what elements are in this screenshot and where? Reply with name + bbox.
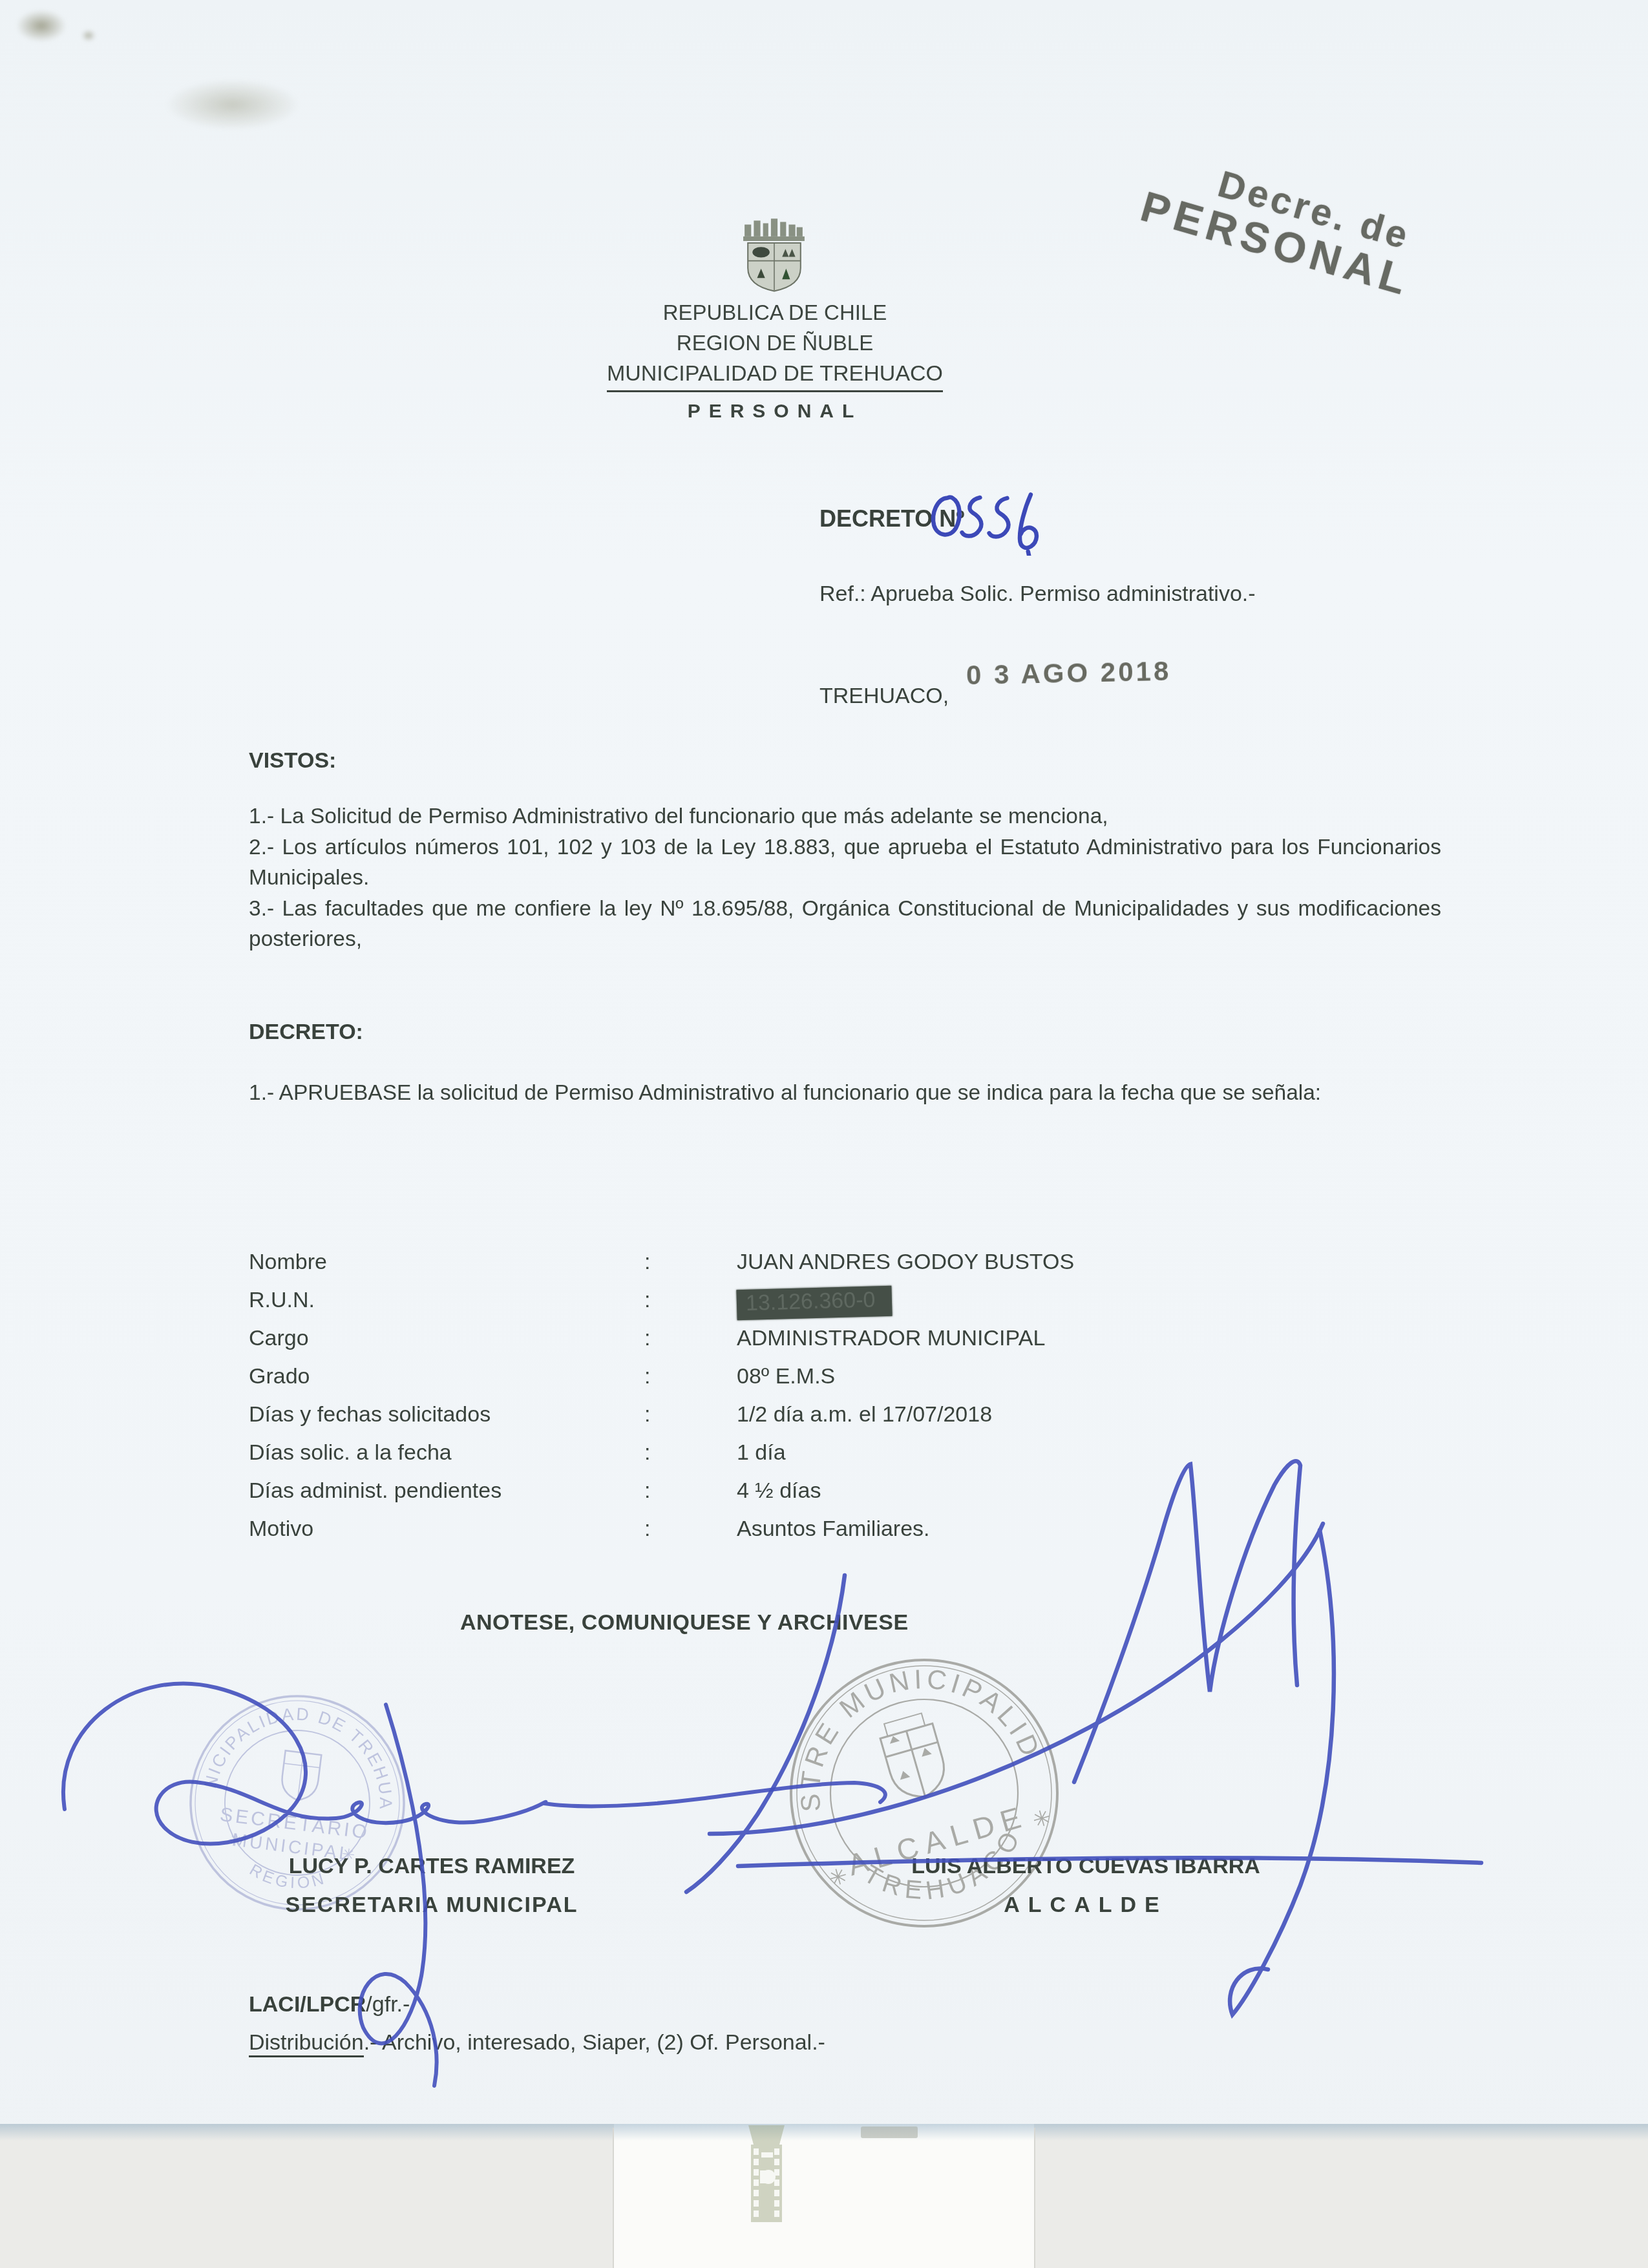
vistos-item-2: 2.- Los artículos números 101, 102 y 103… bbox=[249, 832, 1441, 894]
handwritten-decree-number bbox=[923, 485, 1046, 556]
redacted-run: 13.126.360-0 bbox=[745, 1287, 875, 1316]
personnel-decree-stamp: Decre. de PERSONAL bbox=[1136, 143, 1558, 342]
letterhead-region: REGION DE ÑUBLE bbox=[484, 328, 1066, 358]
paper-edge-line bbox=[1034, 2128, 1035, 2268]
detail-colon: : bbox=[644, 1250, 737, 1275]
detail-colon: : bbox=[644, 1364, 737, 1389]
scanner-center-band bbox=[614, 2124, 1034, 2268]
scanned-decree-document: REPUBLICA DE CHILE REGION DE ÑUBLE MUNIC… bbox=[0, 0, 1648, 2268]
filmstrip-icon bbox=[737, 2125, 796, 2225]
decree-reference: Ref.: Aprueba Solic. Permiso administrat… bbox=[819, 582, 1256, 607]
scan-smudge bbox=[16, 10, 67, 42]
detail-value: JUAN ANDRES GODOY BUSTOS bbox=[737, 1250, 1218, 1275]
bleed-through-tab bbox=[861, 2126, 918, 2138]
vistos-heading: VISTOS: bbox=[249, 748, 336, 773]
municipal-coat-of-arms bbox=[741, 218, 807, 295]
scanner-background bbox=[0, 2124, 1648, 2268]
table-row: Cargo : ADMINISTRADOR MUNICIPAL bbox=[249, 1326, 1218, 1364]
detail-label: Cargo bbox=[249, 1326, 644, 1351]
letterhead-department: PERSONAL bbox=[484, 396, 1066, 426]
letterhead-municipality: MUNICIPALIDAD DE TREHUACO bbox=[607, 359, 943, 392]
detail-colon: : bbox=[644, 1326, 737, 1351]
letterhead: REPUBLICA DE CHILE REGION DE ÑUBLE MUNIC… bbox=[484, 297, 1066, 426]
scan-smudge bbox=[165, 79, 301, 131]
table-row: Grado : 08º E.M.S bbox=[249, 1364, 1218, 1402]
detail-label: R.U.N. bbox=[249, 1288, 644, 1313]
detail-label: Nombre bbox=[249, 1250, 644, 1275]
detail-value: 08º E.M.S bbox=[737, 1364, 1218, 1389]
mayor-signature bbox=[686, 1461, 1481, 2015]
detail-value: ADMINISTRADOR MUNICIPAL bbox=[737, 1326, 1218, 1351]
decreto-paragraph: 1.- APRUEBASE la solicitud de Permiso Ad… bbox=[249, 1078, 1441, 1109]
letterhead-country: REPUBLICA DE CHILE bbox=[484, 297, 1066, 328]
vistos-item-3: 3.- Las facultades que me confiere la le… bbox=[249, 894, 1441, 955]
date-received-stamp: 0 3 AGO 2018 bbox=[966, 656, 1172, 691]
ink-signatures bbox=[0, 1447, 1648, 2132]
detail-colon: : bbox=[644, 1288, 737, 1313]
detail-colon: : bbox=[644, 1402, 737, 1427]
table-row: Días y fechas solicitados : 1/2 día a.m.… bbox=[249, 1402, 1218, 1440]
paper-edge-shadow bbox=[0, 2124, 1648, 2141]
secretary-signature bbox=[63, 1684, 885, 2086]
paper-edge-line bbox=[613, 2128, 614, 2268]
detail-value: 1/2 día a.m. el 17/07/2018 bbox=[737, 1402, 1218, 1427]
decreto-heading: DECRETO: bbox=[249, 1020, 363, 1045]
detail-label: Días y fechas solicitados bbox=[249, 1402, 644, 1427]
detail-label: Grado bbox=[249, 1364, 644, 1389]
vistos-paragraphs: 1.- La Solicitud de Permiso Administrati… bbox=[249, 801, 1441, 955]
vistos-item-1: 1.- La Solicitud de Permiso Administrati… bbox=[249, 801, 1441, 832]
detail-value: 13.126.360-0 bbox=[737, 1288, 1218, 1318]
table-row: R.U.N. : 13.126.360-0 bbox=[249, 1288, 1218, 1326]
scan-smudge bbox=[81, 30, 96, 41]
decree-place: TREHUACO, bbox=[819, 684, 949, 709]
redaction-bar: 13.126.360-0 bbox=[736, 1286, 893, 1321]
table-row: Nombre : JUAN ANDRES GODOY BUSTOS bbox=[249, 1250, 1218, 1288]
